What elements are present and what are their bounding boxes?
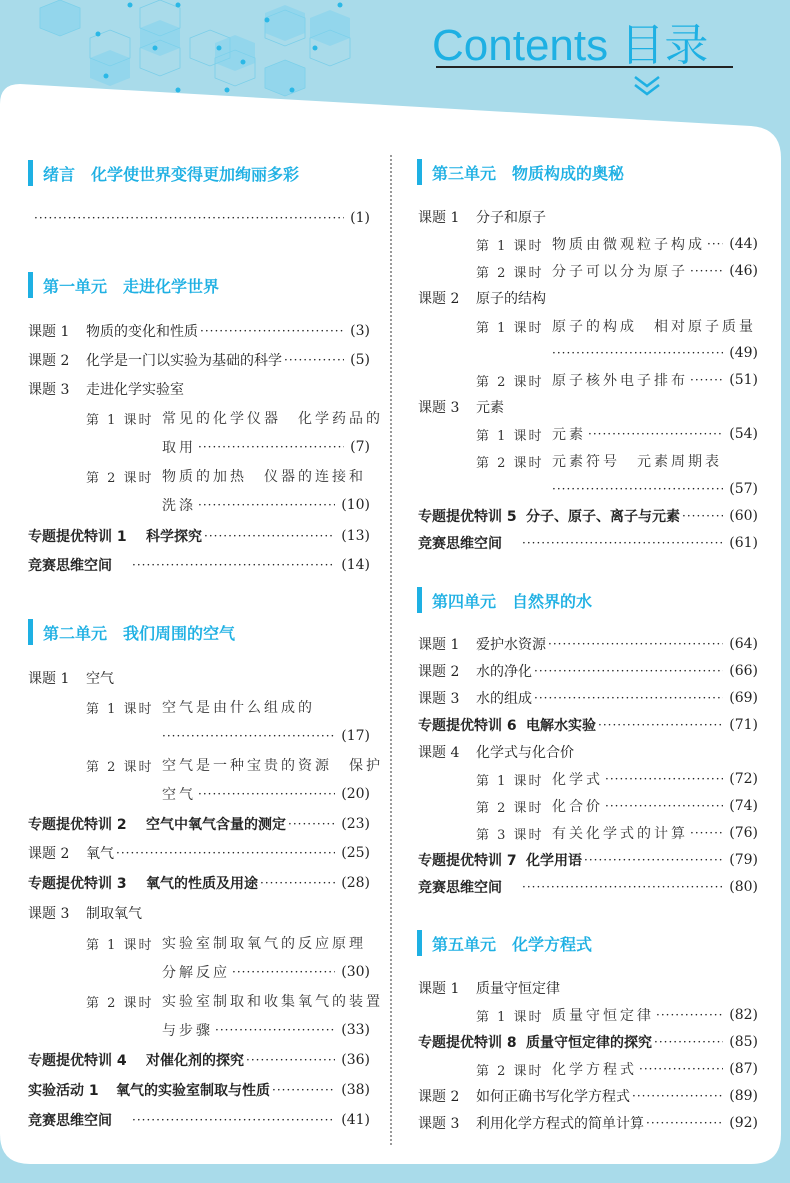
toc-entry[interactable]: 与步骤 (33)	[162, 1017, 370, 1043]
toc-entry[interactable]: 第 2 课时 原子核外电子排布 (51)	[476, 367, 758, 393]
page-number: (3)	[350, 323, 370, 339]
entry-title: 常见的化学仪器 化学药品的	[162, 408, 383, 428]
entry-title: 元素	[476, 397, 504, 417]
entry-label: 竞赛思维空间	[28, 1110, 130, 1130]
leader-dots	[548, 637, 723, 651]
leader-dots	[198, 498, 335, 512]
entry-label: 第 2 课时	[476, 797, 552, 816]
toc-entry[interactable]: 专题提优特训 8 质量守恒定律的探究 (85)	[418, 1029, 758, 1055]
page-number: (10)	[341, 497, 370, 513]
entry-title: 如何正确书写化学方程式	[476, 1086, 630, 1106]
toc-entry[interactable]: 课题 2 氧气 (25)	[28, 840, 370, 866]
entry-title: 化学方程式	[552, 1059, 637, 1079]
entry-label: 专题提优特训 7	[418, 850, 526, 870]
entry-label: 课题 1	[418, 207, 476, 227]
toc-entry[interactable]: 课题 1 分子和原子	[418, 204, 758, 230]
entry-title: 走进化学实验室	[86, 379, 184, 399]
toc-entry[interactable]: 课题 3 制取氧气	[28, 900, 370, 926]
entry-title: 空气中氧气含量的测定	[146, 814, 286, 834]
page-number: (89)	[729, 1088, 758, 1104]
entry-label: 竞赛思维空间	[418, 533, 520, 553]
accent-bar	[417, 587, 422, 613]
entry-title: 物质的变化和性质	[86, 321, 198, 341]
leader-dots	[162, 729, 335, 743]
accent-bar	[28, 160, 33, 186]
toc-entry[interactable]: 分解反应 (30)	[162, 959, 370, 985]
section-heading-unit1[interactable]: 第一单元 走进化学世界	[28, 272, 219, 298]
toc-entry[interactable]: 第 2 课时 化合价 (74)	[476, 793, 758, 819]
entry-title: 物质的加热 仪器的连接和	[162, 466, 366, 486]
entry-label: 第 2 课时	[476, 262, 552, 281]
page-title: Contents 目录	[432, 22, 708, 70]
toc-entry[interactable]: 课题 1 爱护水资源 (64)	[418, 631, 758, 657]
entry-title: 氧气的实验室制取与性质	[116, 1080, 270, 1100]
section-heading-unit2[interactable]: 第二单元 我们周围的空气	[28, 619, 235, 645]
entry-label: 课题 2	[28, 350, 86, 370]
entry-title: 实验室制取和收集氧气的装置	[162, 991, 383, 1011]
leader-dots	[646, 1116, 723, 1130]
leader-dots	[116, 846, 335, 860]
entry-title: 科学探究	[146, 526, 202, 546]
entry-label: 课题 1	[28, 668, 86, 688]
entry-title: 爱护水资源	[476, 634, 546, 654]
leader-dots	[132, 558, 335, 572]
leader-dots	[272, 1083, 335, 1097]
entry-title: 电解水实验	[526, 715, 596, 735]
leader-dots	[200, 324, 344, 338]
leader-dots	[552, 482, 723, 496]
leader-dots	[198, 440, 344, 454]
entry-title: 质量守恒定律	[552, 1005, 654, 1025]
toc-entry[interactable]: 课题 2 原子的结构	[418, 285, 758, 311]
entry-label: 第 1 课时	[476, 317, 552, 336]
section-heading-intro[interactable]: 绪言 化学使世界变得更加绚丽多彩	[28, 160, 299, 186]
toc-entry[interactable]: 竞赛思维空间 (14)	[28, 552, 370, 578]
page-number: (1)	[350, 210, 370, 226]
section-title: 第二单元 我们周围的空气	[43, 621, 235, 644]
entry-label: 课题 3	[28, 379, 86, 399]
leader-dots	[707, 237, 723, 251]
page-number: (36)	[341, 1052, 370, 1068]
toc-entry[interactable]: 课题 1 空气	[28, 665, 370, 691]
entry-title: 元素	[552, 424, 586, 444]
toc-entry[interactable]: 洗涤 (10)	[162, 492, 370, 518]
page-number: (14)	[341, 557, 370, 573]
toc-entry[interactable]: 竞赛思维空间 (41)	[28, 1107, 370, 1133]
leader-dots	[246, 1053, 335, 1067]
entry-label: 专题提优特训 1	[28, 526, 146, 546]
entry-title: 质量守恒定律的探究	[526, 1032, 652, 1052]
toc-entry[interactable]: 第 1 课时 化学式 (72)	[476, 766, 758, 792]
entry-title: 分子、原子、离子与元素	[526, 506, 680, 526]
leader-dots	[632, 1089, 723, 1103]
toc-entry[interactable]: 空气 (20)	[162, 781, 370, 807]
entry-title: 分子和原子	[476, 207, 546, 227]
toc-entry[interactable]: 专题提优特训 5 分子、原子、离子与元素 (60)	[418, 503, 758, 529]
toc-entry[interactable]: 第 1 课时 实验室制取氧气的反应原理	[86, 930, 370, 956]
section-title: 第一单元 走进化学世界	[43, 274, 219, 297]
page-number: (41)	[341, 1112, 370, 1128]
page-number: (17)	[341, 728, 370, 744]
entry-title: 元素符号 元素周期表	[552, 451, 722, 471]
page-number: (76)	[729, 825, 758, 841]
entry-label: 第 1 课时	[86, 934, 162, 953]
entry-label: 第 2 课时	[86, 467, 162, 486]
toc-entry[interactable]: 课题 3 利用化学方程式的简单计算 (92)	[418, 1110, 758, 1136]
title-underline	[436, 66, 733, 68]
entry-label: 第 1 课时	[86, 409, 162, 428]
entry-title: 质量守恒定律	[476, 978, 560, 998]
toc-entry[interactable]: 课题 4 化学式与化合价	[418, 739, 758, 765]
leader-dots	[682, 509, 723, 523]
entry-title: 化学是一门以实验为基础的科学	[86, 350, 282, 370]
toc-entry[interactable]: 第 1 课时 常见的化学仪器 化学药品的	[86, 405, 370, 431]
entry-title: 有关化学式的计算	[552, 823, 688, 843]
page-number: (79)	[729, 852, 758, 868]
toc-entry[interactable]: 第 2 课时 空气是一种宝贵的资源 保护	[86, 752, 370, 778]
leader-dots	[260, 876, 335, 890]
section-title: 第四单元 自然界的水	[432, 589, 592, 612]
entry-label: 课题 3	[418, 688, 476, 708]
entry-title: 实验室制取氧气的反应原理	[162, 933, 366, 953]
toc-entry[interactable]: 课题 3 走进化学实验室	[28, 376, 370, 402]
leader-dots	[204, 529, 335, 543]
toc-entry[interactable]: 第 1 课时 元素 (54)	[476, 421, 758, 447]
page-number: (87)	[729, 1061, 758, 1077]
entry-label: 课题 2	[418, 288, 476, 308]
toc-entry[interactable]: 课题 1 质量守恒定律	[418, 975, 758, 1001]
toc-entry[interactable]: 第 1 课时 原子的构成 相对原子质量	[476, 313, 758, 339]
toc-entry[interactable]: 专题提优特训 3 氧气的性质及用途 (28)	[28, 870, 370, 896]
toc-entry[interactable]: 课题 3 水的组成 (69)	[418, 685, 758, 711]
leader-dots	[198, 787, 335, 801]
page-number: (57)	[729, 481, 758, 497]
page-number: (28)	[341, 875, 370, 891]
entry-title: 洗涤	[162, 495, 196, 515]
toc-entry[interactable]: 取用 (7)	[162, 434, 370, 460]
leader-dots	[534, 664, 723, 678]
accent-bar	[28, 619, 33, 645]
entry-label: 竞赛思维空间	[418, 877, 520, 897]
leader-dots	[584, 853, 723, 867]
toc-entry[interactable]: (49)	[552, 340, 758, 366]
toc-entry[interactable]: 课题 3 元素	[418, 394, 758, 420]
leader-dots	[690, 264, 723, 278]
entry-title: 与步骤	[162, 1020, 213, 1040]
entry-label: 第 2 课时	[476, 452, 552, 471]
entry-title: 原子核外电子排布	[552, 370, 688, 390]
toc-entry[interactable]: 课题 2 如何正确书写化学方程式 (89)	[418, 1083, 758, 1109]
entry-label: 专题提优特训 3	[28, 873, 146, 893]
section-heading-unit3[interactable]: 第三单元 物质构成的奥秘	[417, 159, 624, 185]
page-number: (82)	[729, 1007, 758, 1023]
toc-entry[interactable]: 第 2 课时 化学方程式 (87)	[476, 1056, 758, 1082]
toc-entry[interactable]: 第 2 课时 分子可以分为原子 (46)	[476, 258, 758, 284]
entry-title: 氧气	[86, 843, 114, 863]
page-number: (72)	[729, 771, 758, 787]
toc-entry[interactable]: 实验活动 1 氧气的实验室制取与性质 (38)	[28, 1077, 370, 1103]
entry-title: 取用	[162, 437, 196, 457]
entry-title: 化学式	[552, 769, 603, 789]
entry-label: 第 1 课时	[476, 770, 552, 789]
entry-title: 制取氧气	[86, 903, 142, 923]
entry-label: 专题提优特训 8	[418, 1032, 526, 1052]
entry-label: 课题 3	[28, 903, 86, 923]
toc-entry[interactable]: (17)	[162, 723, 370, 749]
toc-entry[interactable]: 第 1 课时 质量守恒定律 (82)	[476, 1002, 758, 1028]
toc-entry[interactable]: 第 2 课时 物质的加热 仪器的连接和	[86, 463, 370, 489]
leader-dots	[605, 772, 723, 786]
entry-label: 竞赛思维空间	[28, 555, 130, 575]
entry-label: 第 1 课时	[476, 235, 552, 254]
entry-label: 第 2 课时	[86, 992, 162, 1011]
leader-dots	[522, 880, 723, 894]
leader-dots	[132, 1113, 335, 1127]
entry-title: 水的净化	[476, 661, 532, 681]
toc-entry[interactable]: 课题 2 水的净化 (66)	[418, 658, 758, 684]
entry-title: 空气	[162, 784, 196, 804]
leader-dots	[588, 427, 723, 441]
page-number: (71)	[729, 717, 758, 733]
section-heading-unit5[interactable]: 第五单元 化学方程式	[417, 930, 592, 956]
entry-label: 课题 1	[28, 321, 86, 341]
entry-label: 第 1 课时	[476, 425, 552, 444]
accent-bar	[417, 159, 422, 185]
toc-entry[interactable]: 专题提优特训 2 空气中氧气含量的测定 (23)	[28, 811, 370, 837]
entry-label: 第 2 课时	[476, 1060, 552, 1079]
entry-title: 物质由微观粒子构成	[552, 234, 705, 254]
entry-label: 课题 4	[418, 742, 476, 762]
entry-label: 课题 2	[28, 843, 86, 863]
entry-label: 实验活动 1	[28, 1080, 116, 1100]
page-number: (80)	[729, 879, 758, 895]
entry-label: 第 1 课时	[476, 1006, 552, 1025]
entry-label: 第 2 课时	[476, 371, 552, 390]
toc-entry[interactable]: 第 2 课时 实验室制取和收集氧气的装置	[86, 988, 370, 1014]
page-number: (44)	[729, 236, 758, 252]
toc-entry[interactable]: 竞赛思维空间 (61)	[418, 530, 758, 556]
toc-entry[interactable]: 课题 2 化学是一门以实验为基础的科学 (5)	[28, 347, 370, 373]
toc-entry[interactable]: 专题提优特训 6 电解水实验 (71)	[418, 712, 758, 738]
toc-entry[interactable]: 专题提优特训 7 化学用语 (79)	[418, 847, 758, 873]
accent-bar	[28, 272, 33, 298]
entry-label: 第 1 课时	[86, 698, 162, 717]
toc-entry[interactable]: 第 2 课时 元素符号 元素周期表	[476, 448, 758, 474]
leader-dots	[284, 353, 344, 367]
toc-entry[interactable]: 第 1 课时 空气是由什么组成的	[86, 694, 370, 720]
section-title: 第三单元 物质构成的奥秘	[432, 161, 624, 184]
entry-label: 第 3 课时	[476, 824, 552, 843]
page-number: (69)	[729, 690, 758, 706]
column-divider	[390, 155, 392, 1145]
entry-label: 课题 2	[418, 661, 476, 681]
page-number: (54)	[729, 426, 758, 442]
page-number: (20)	[341, 786, 370, 802]
page-number: (7)	[350, 439, 370, 455]
page-number: (66)	[729, 663, 758, 679]
page-number: (13)	[341, 528, 370, 544]
section-heading-unit4[interactable]: 第四单元 自然界的水	[417, 587, 592, 613]
page-number: (23)	[341, 816, 370, 832]
entry-label: 课题 1	[418, 634, 476, 654]
leader-dots	[534, 691, 723, 705]
toc-entry[interactable]: 课题 1 物质的变化和性质 (3)	[28, 318, 370, 344]
entry-title: 分解反应	[162, 962, 230, 982]
page-number: (46)	[729, 263, 758, 279]
entry-title: 空气	[86, 668, 114, 688]
entry-title: 分子可以分为原子	[552, 261, 688, 281]
leader-dots	[598, 718, 723, 732]
page-number: (92)	[729, 1115, 758, 1131]
page-number: (49)	[729, 345, 758, 361]
page-number: (38)	[341, 1082, 370, 1098]
section-title: 绪言 化学使世界变得更加绚丽多彩	[43, 162, 299, 185]
leader-dots	[232, 965, 335, 979]
leader-dots	[690, 826, 723, 840]
page-number: (33)	[341, 1022, 370, 1038]
page-number: (60)	[729, 508, 758, 524]
leader-dots	[605, 799, 723, 813]
page-number: (25)	[341, 845, 370, 861]
toc-entry[interactable]: 竞赛思维空间 (80)	[418, 874, 758, 900]
page-number: (64)	[729, 636, 758, 652]
entry-title: 对催化剂的探究	[146, 1050, 244, 1070]
page-number: (51)	[729, 372, 758, 388]
page-number: (85)	[729, 1034, 758, 1050]
entry-label: 课题 1	[418, 978, 476, 998]
entry-title: 水的组成	[476, 688, 532, 708]
leader-dots	[690, 373, 723, 387]
entry-title: 化学用语	[526, 850, 582, 870]
leader-dots	[215, 1023, 335, 1037]
entry-label: 专题提优特训 2	[28, 814, 146, 834]
leader-dots	[552, 346, 723, 360]
page-number: (74)	[729, 798, 758, 814]
leader-dots	[654, 1035, 723, 1049]
entry-label: 课题 3	[418, 1113, 476, 1133]
entry-label: 专题提优特训 5	[418, 506, 526, 526]
page-number: (5)	[350, 352, 370, 368]
entry-title: 原子的结构	[476, 288, 546, 308]
page-number: (30)	[341, 964, 370, 980]
entry-label: 课题 2	[418, 1086, 476, 1106]
toc-entry[interactable]: (57)	[552, 476, 758, 502]
toc-entry[interactable]: 专题提优特训 1 科学探究 (13)	[28, 523, 370, 549]
leader-dots	[288, 817, 335, 831]
leader-dots	[656, 1008, 723, 1022]
entry-title: 利用化学方程式的简单计算	[476, 1113, 644, 1133]
leader-dots	[639, 1062, 723, 1076]
entry-label: 专题提优特训 4	[28, 1050, 146, 1070]
entry-title: 空气是由什么组成的	[162, 697, 315, 717]
entry-title: 化合价	[552, 796, 603, 816]
entry-title: 空气是一种宝贵的资源 保护	[162, 755, 383, 775]
toc-entry[interactable]: 第 1 课时 物质由微观粒子构成 (44)	[476, 231, 758, 257]
toc-entry[interactable]: 专题提优特训 4 对催化剂的探究 (36)	[28, 1047, 370, 1073]
leader-dots	[522, 536, 723, 550]
entry-title: 化学式与化合价	[476, 742, 574, 762]
leader-dots	[34, 211, 344, 225]
entry-label: 专题提优特训 6	[418, 715, 526, 735]
page-number: (61)	[729, 535, 758, 551]
toc-entry[interactable]: 第 3 课时 有关化学式的计算 (76)	[476, 820, 758, 846]
entry-title: 原子的构成 相对原子质量	[552, 316, 756, 336]
accent-bar	[417, 930, 422, 956]
section-title: 第五单元 化学方程式	[432, 932, 592, 955]
toc-entry[interactable]: (1)	[34, 205, 370, 231]
entry-label: 第 2 课时	[86, 756, 162, 775]
entry-title: 氧气的性质及用途	[146, 873, 258, 893]
entry-label: 课题 3	[418, 397, 476, 417]
